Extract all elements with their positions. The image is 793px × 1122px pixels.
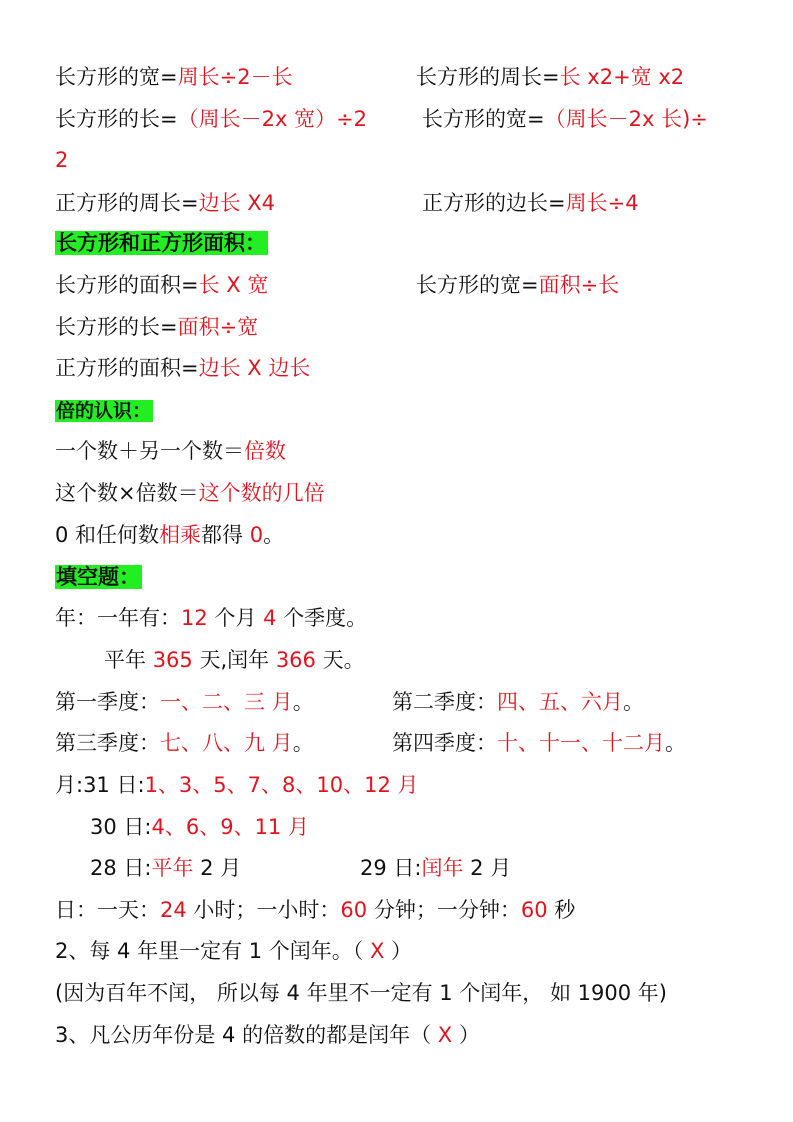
question-2: 2、每 4 年里一定有 1 个闰年。（ X ） xyxy=(55,936,412,966)
text: 天,闰年 xyxy=(193,648,276,672)
text: 天。 xyxy=(316,648,365,672)
formula-square-area: 正方形的面积=边长 X 边长 xyxy=(55,353,310,383)
text: 。 xyxy=(623,690,644,714)
formula-label: 长方形的周长= xyxy=(416,65,560,89)
rule-label: 一个数＋另一个数＝ xyxy=(55,439,244,463)
year-line-1: 年：一年有：12 个月 4 个季度。 xyxy=(55,603,367,633)
formula-value: 边长 X4 xyxy=(199,191,275,215)
formula-value: 边长 X 边长 xyxy=(199,356,311,380)
minutes-per-hour: 60 xyxy=(340,898,367,922)
formula-rect-perimeter: 长方形的周长=长 x2+宽 x2 xyxy=(416,62,684,92)
formula-value: （周长－2x 长)÷ xyxy=(545,107,708,131)
formula-label: 正方形的周长= xyxy=(55,191,199,215)
months-28-days: 28 日:平年 2 月 xyxy=(90,853,241,883)
months-label: 28 日: xyxy=(90,856,151,880)
text: 个月 xyxy=(208,606,263,630)
text: 个季度。 xyxy=(276,606,367,630)
quarter-months: 一、二、三 月 xyxy=(160,690,293,714)
text: 。 xyxy=(293,731,314,755)
leap-year-days: 366 xyxy=(276,648,316,672)
formula-value: 长 X 宽 xyxy=(199,273,269,297)
rule-label: 这个数×倍数＝ xyxy=(55,481,199,505)
text: 2 月 xyxy=(193,856,241,880)
formula-wrap-text: 2 xyxy=(55,145,68,175)
formula-rect-width-from-area: 长方形的宽=面积÷长 xyxy=(416,270,619,300)
multiple-section-heading: 倍的认识： xyxy=(55,395,153,425)
formula-value: 面积÷长 xyxy=(539,273,620,297)
question-2-note: (因为百年不闰， 所以每 4 年里不一定有 1 个闰年， 如 1900 年) xyxy=(55,978,667,1008)
text: 。 xyxy=(293,690,314,714)
formula-value: 周长÷4 xyxy=(566,191,639,215)
year-type: 闰年 xyxy=(421,856,463,880)
formula-rect-length-from-perimeter: 长方形的长=（周长－2x 宽）÷2 xyxy=(55,104,367,134)
quarter-label: 第三季度： xyxy=(55,731,160,755)
formula-label: 长方形的宽= xyxy=(55,65,178,89)
year-type: 平年 xyxy=(151,856,193,880)
formula-label: 长方形的长= xyxy=(55,315,178,339)
quarter-label: 第四季度： xyxy=(392,731,497,755)
quarter-label: 第二季度： xyxy=(392,690,497,714)
rule-value: 倍数 xyxy=(244,439,286,463)
months-count: 12 xyxy=(181,606,208,630)
quarter-2: 第二季度：四、五、六月。 xyxy=(392,687,644,717)
formula-square-side: 正方形的边长=周长÷4 xyxy=(422,188,639,218)
text: ） xyxy=(384,939,412,963)
formula-label: 正方形的面积= xyxy=(55,356,199,380)
text: 分钟；一分钟： xyxy=(367,898,521,922)
quarter-1: 第一季度：一、二、三 月。 xyxy=(55,687,314,717)
months-list: 4、6、9、11 月 xyxy=(151,815,308,839)
quarter-months: 四、五、六月 xyxy=(497,690,623,714)
formula-label: 正方形的边长= xyxy=(422,191,566,215)
formula-label: 长方形的宽= xyxy=(416,273,539,297)
text: 2 月 xyxy=(463,856,511,880)
year-line-2: 平年 365 天,闰年 366 天。 xyxy=(104,645,365,675)
months-29-days: 29 日:闰年 2 月 xyxy=(360,853,511,883)
rule-text: 。 xyxy=(263,523,284,547)
rule-text: 都得 xyxy=(201,523,250,547)
question-text: 3、凡公历年份是 4 的倍数的都是闰年（ xyxy=(55,1023,438,1047)
section-heading: 长方形和正方形面积： xyxy=(55,231,268,255)
area-section-heading: 长方形和正方形面积： xyxy=(55,228,268,258)
months-31-days: 月:31 日:1、3、5、7、8、10、12 月 xyxy=(55,770,419,800)
formula-value: （周长－2x 宽）÷2 xyxy=(178,107,367,131)
text: ） xyxy=(452,1023,480,1047)
formula-label: 长方形的宽= xyxy=(422,107,545,131)
quarter-months: 十、十一、十二月 xyxy=(497,731,665,755)
months-list: 1、3、5、7、8、10、12 月 xyxy=(145,773,419,797)
formula-value: 长 x2+宽 x2 xyxy=(560,65,685,89)
quarter-months: 七、八、九 月 xyxy=(160,731,293,755)
common-year-days: 365 xyxy=(153,648,193,672)
quarter-3: 第三季度：七、八、九 月。 xyxy=(55,728,314,758)
seconds-per-minute: 60 xyxy=(521,898,548,922)
rule-text: 0 和任何数 xyxy=(55,523,159,547)
question-3: 3、凡公历年份是 4 的倍数的都是闰年（ X ） xyxy=(55,1020,480,1050)
hours-per-day: 24 xyxy=(160,898,187,922)
section-heading: 倍的认识： xyxy=(55,400,153,422)
formula-rect-width-from-perimeter-2: 长方形的宽=（周长－2x 长)÷ xyxy=(422,104,708,134)
rule-value: 0 xyxy=(250,523,263,547)
formula-value: 周长÷2－长 xyxy=(178,65,293,89)
months-label: 30 日: xyxy=(90,815,151,839)
formula-rect-length-from-area: 长方形的长=面积÷宽 xyxy=(55,312,258,342)
multiple-rule-1: 一个数＋另一个数＝倍数 xyxy=(55,436,286,466)
text: 。 xyxy=(665,731,686,755)
formula-square-perimeter: 正方形的周长=边长 X4 xyxy=(55,188,275,218)
months-label: 29 日: xyxy=(360,856,421,880)
multiple-rule-zero: 0 和任何数相乘都得 0。 xyxy=(55,520,284,550)
multiple-rule-2: 这个数×倍数＝这个数的几倍 xyxy=(55,478,325,508)
quarters-count: 4 xyxy=(263,606,276,630)
day-time-units: 日：一天：24 小时；一小时：60 分钟；一分钟：60 秒 xyxy=(55,895,575,925)
text: 小时；一小时： xyxy=(187,898,341,922)
months-30-days: 30 日:4、6、9、11 月 xyxy=(90,812,309,842)
text: 平年 xyxy=(104,648,153,672)
answer-mark: X xyxy=(370,939,384,963)
formula-rect-width-from-perimeter: 长方形的宽=周长÷2－长 xyxy=(55,62,293,92)
text: 秒 xyxy=(548,898,576,922)
months-label: 月:31 日: xyxy=(55,773,145,797)
formula-value: 面积÷宽 xyxy=(178,315,259,339)
text: 年：一年有： xyxy=(55,606,181,630)
fill-blank-section-heading: 填空题： xyxy=(55,562,142,592)
formula-rect-area: 长方形的面积=长 X 宽 xyxy=(55,270,268,300)
question-text: 2、每 4 年里一定有 1 个闰年。（ xyxy=(55,939,370,963)
section-heading: 填空题： xyxy=(55,565,142,589)
quarter-label: 第一季度： xyxy=(55,690,160,714)
answer-mark: X xyxy=(438,1023,452,1047)
formula-label: 长方形的长= xyxy=(55,107,178,131)
rule-value: 这个数的几倍 xyxy=(199,481,325,505)
quarter-4: 第四季度：十、十一、十二月。 xyxy=(392,728,686,758)
rule-value: 相乘 xyxy=(159,523,201,547)
formula-label: 长方形的面积= xyxy=(55,273,199,297)
text: 日：一天： xyxy=(55,898,160,922)
